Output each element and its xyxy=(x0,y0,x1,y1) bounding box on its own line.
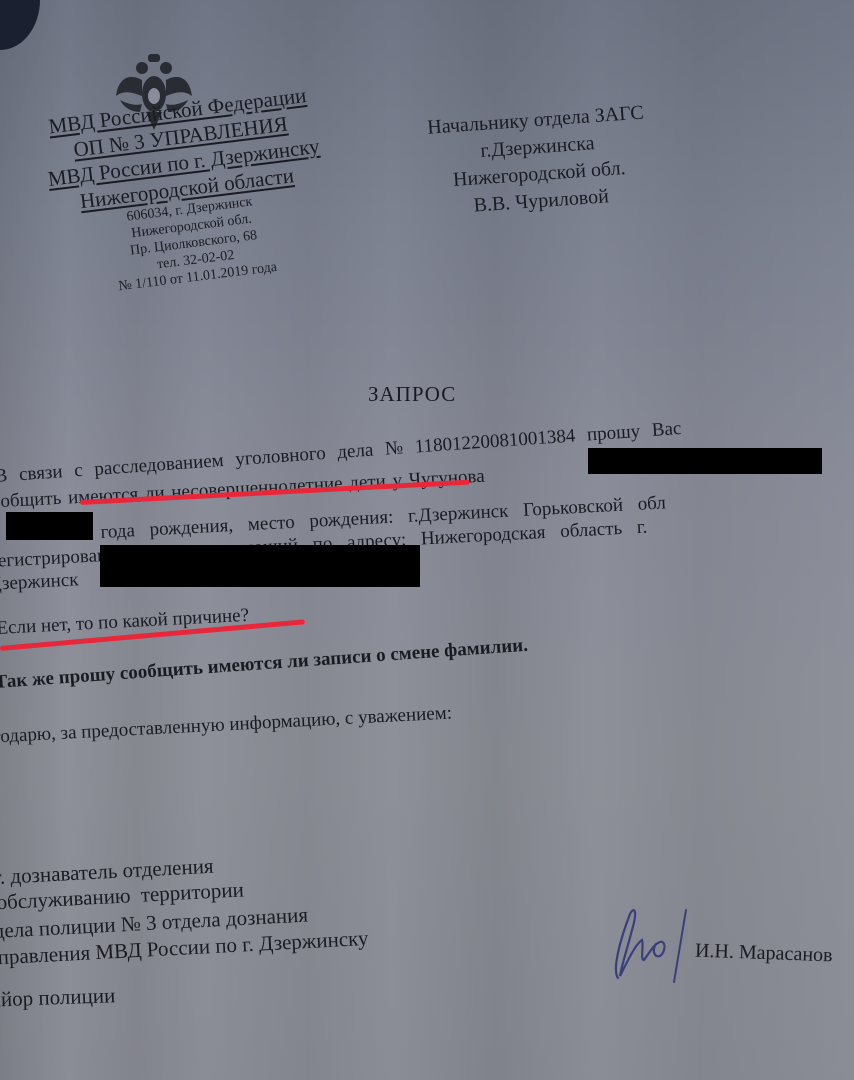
signature-rank-line: майор полиции xyxy=(0,983,116,1013)
handwritten-signature-icon xyxy=(604,900,694,990)
redaction-bar xyxy=(6,512,93,540)
redaction-bar xyxy=(100,545,420,587)
document-title: ЗАПРОС xyxy=(368,382,456,407)
recipient-block: Начальнику отдела ЗАГС г.Дзержинска Ниже… xyxy=(380,96,697,225)
signer-name: И.Н. Марасанов xyxy=(695,940,833,968)
sender-header: МВД Российской Федерации ОП № 3 УПРАВЛЕН… xyxy=(12,78,363,306)
redaction-bar xyxy=(588,448,822,474)
